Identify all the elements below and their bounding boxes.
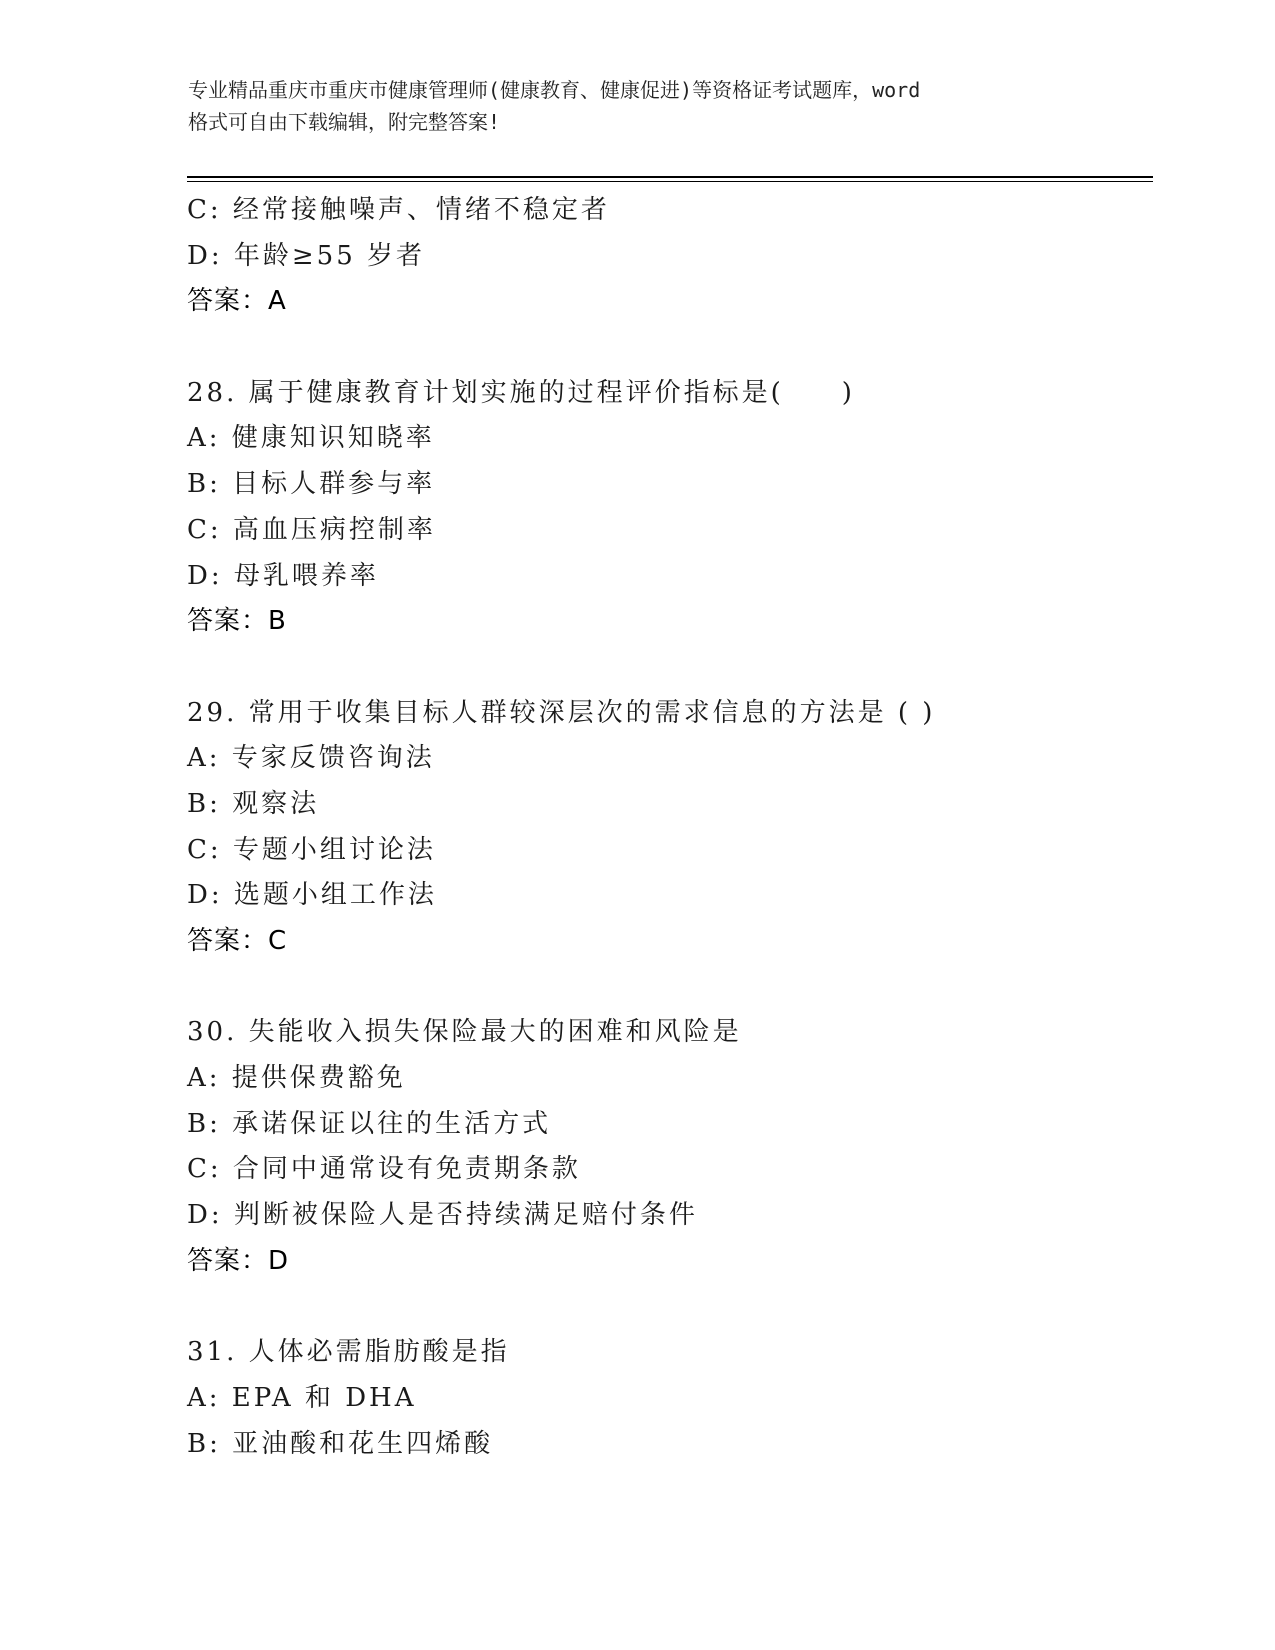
header-line-2: 格式可自由下载编辑，附完整答案! xyxy=(188,106,1088,138)
option-b: B: 观察法 xyxy=(187,782,1147,828)
option-d: D: 判断被保险人是否持续满足赔付条件 xyxy=(187,1193,1147,1239)
option-b: B: 亚油酸和花生四烯酸 xyxy=(187,1422,1147,1468)
option-d: D: 年龄≥55 岁者 xyxy=(187,234,1147,280)
option-b: B: 目标人群参与率 xyxy=(187,462,1147,508)
option-a: A: EPA 和 DHA xyxy=(187,1376,1147,1422)
option-a: A: 健康知识知晓率 xyxy=(187,416,1147,462)
answer: 答案：C xyxy=(187,919,1147,965)
question-29: 29. 常用于收集目标人群较深层次的需求信息的方法是 ( ) A: 专家反馈咨询… xyxy=(187,691,1147,965)
question-stem: 29. 常用于收集目标人群较深层次的需求信息的方法是 ( ) xyxy=(187,691,1147,737)
header-divider-thick xyxy=(187,176,1153,178)
question-stem: 30. 失能收入损失保险最大的困难和风险是 xyxy=(187,1010,1147,1056)
answer: 答案：D xyxy=(187,1239,1147,1285)
question-31: 31. 人体必需脂肪酸是指 A: EPA 和 DHA B: 亚油酸和花生四烯酸 xyxy=(187,1330,1147,1467)
option-d: D: 选题小组工作法 xyxy=(187,873,1147,919)
header-divider-thin xyxy=(187,181,1153,182)
option-c: C: 专题小组讨论法 xyxy=(187,828,1147,874)
option-d: D: 母乳喂养率 xyxy=(187,554,1147,600)
question-stem: 31. 人体必需脂肪酸是指 xyxy=(187,1330,1147,1376)
question-stem: 28. 属于健康教育计划实施的过程评价指标是( ) xyxy=(187,371,1147,417)
question-list: C: 经常接触噪声、情绪不稳定者 D: 年龄≥55 岁者 答案：A 28. 属于… xyxy=(187,188,1147,1467)
answer: 答案：A xyxy=(187,279,1147,325)
option-a: A: 提供保费豁免 xyxy=(187,1056,1147,1102)
option-b: B: 承诺保证以往的生活方式 xyxy=(187,1102,1147,1148)
previous-question-tail: C: 经常接触噪声、情绪不稳定者 D: 年龄≥55 岁者 答案：A xyxy=(187,188,1147,325)
question-28: 28. 属于健康教育计划实施的过程评价指标是( ) A: 健康知识知晓率 B: … xyxy=(187,371,1147,645)
question-30: 30. 失能收入损失保险最大的困难和风险是 A: 提供保费豁免 B: 承诺保证以… xyxy=(187,1010,1147,1284)
answer: 答案：B xyxy=(187,599,1147,645)
option-c: C: 合同中通常设有免责期条款 xyxy=(187,1147,1147,1193)
option-c: C: 高血压病控制率 xyxy=(187,508,1147,554)
option-c: C: 经常接触噪声、情绪不稳定者 xyxy=(187,188,1147,234)
document-header: 专业精品重庆市重庆市健康管理师(健康教育、健康促进)等资格证考试题库，word … xyxy=(188,74,1088,138)
header-line-1: 专业精品重庆市重庆市健康管理师(健康教育、健康促进)等资格证考试题库，word xyxy=(188,74,1088,106)
option-a: A: 专家反馈咨询法 xyxy=(187,736,1147,782)
